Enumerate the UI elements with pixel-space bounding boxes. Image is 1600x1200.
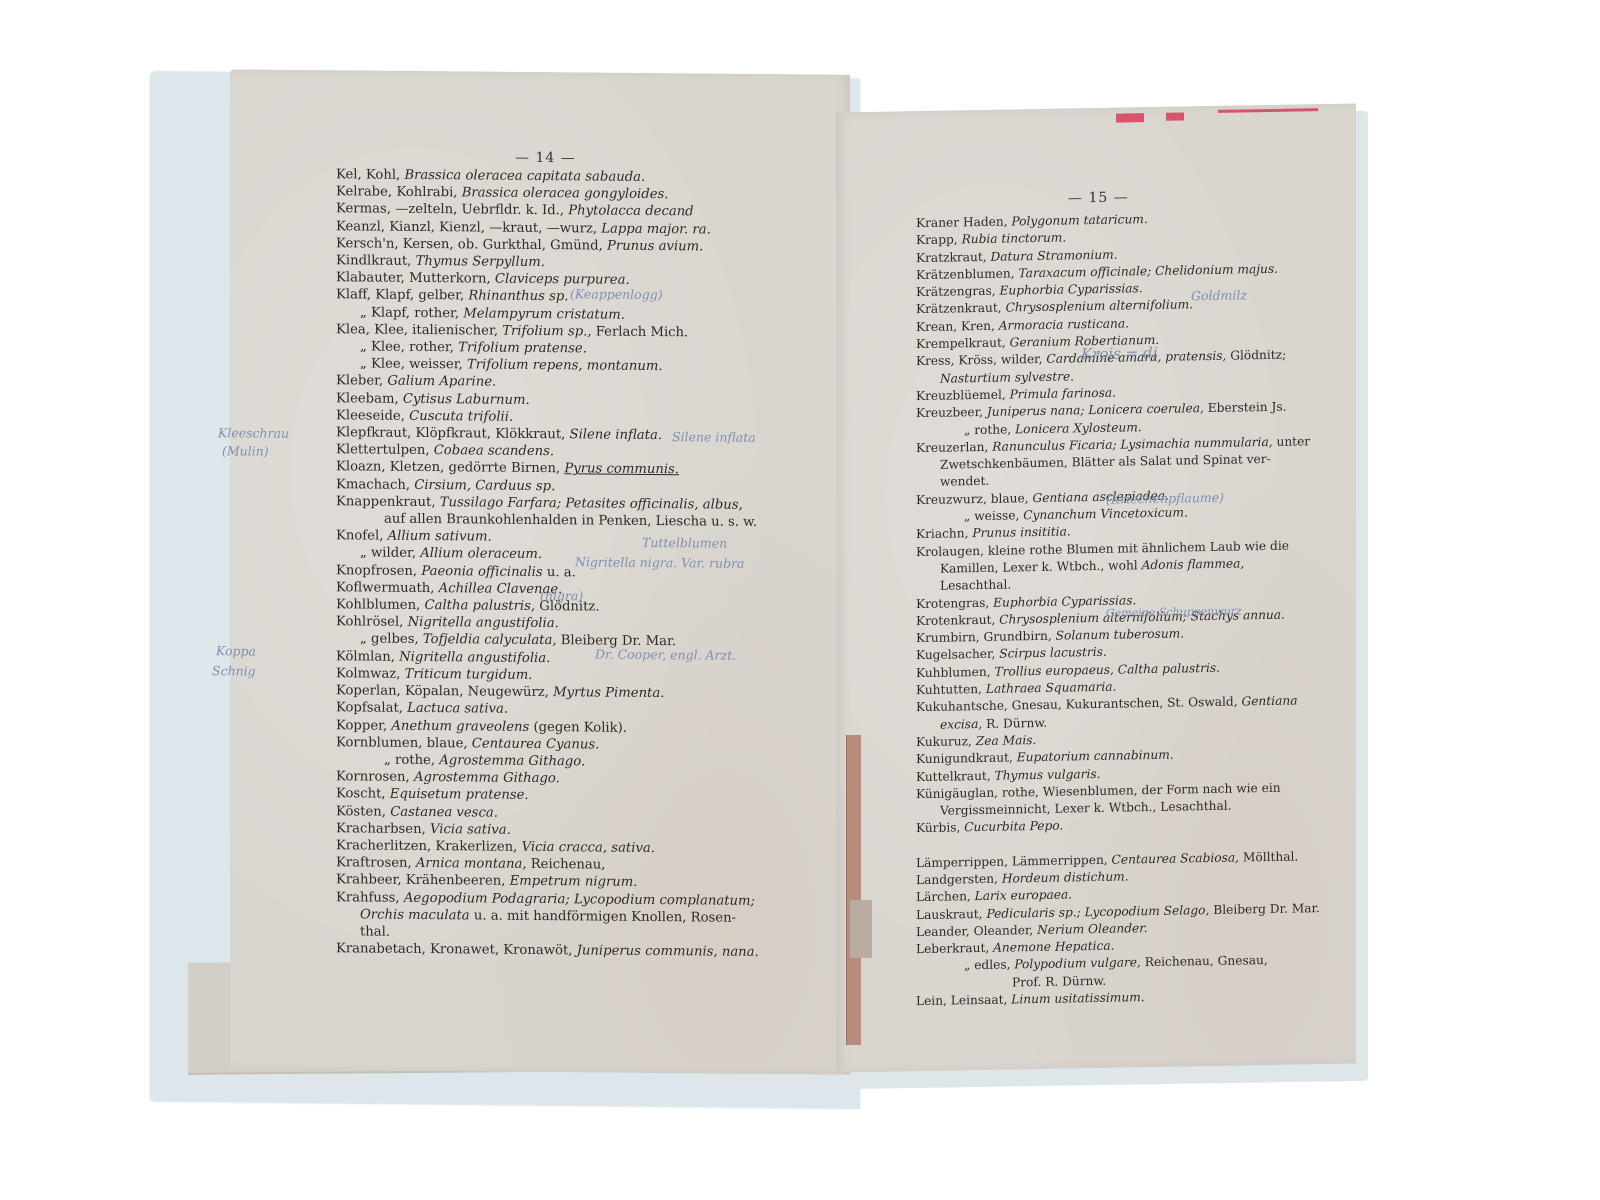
right-page: — 15 — Kraner Haden, Polygonum tataricum… <box>836 103 1356 1072</box>
handwritten-note: Gemeine Schuppenwurz <box>1106 604 1242 619</box>
handwritten-note: Schnig <box>212 663 256 678</box>
pink-ink-mark <box>1166 112 1184 120</box>
spine-tape <box>846 735 861 1045</box>
handwritten-note: Nigritella nigra. Var. rubra <box>575 554 745 570</box>
page-number-15: — 15 — <box>1068 189 1129 206</box>
handwritten-note: Tuttelblumen <box>642 535 727 551</box>
handwritten-note: Silene inflata <box>672 429 756 445</box>
handwritten-note: (Kriechenpflaume) <box>1106 490 1224 507</box>
pink-ink-mark <box>1116 113 1144 122</box>
entry-continuation: Orchis maculata u. a. mit handförmigen K… <box>336 906 759 927</box>
handwritten-note: Kleeschrau <box>218 425 289 441</box>
handwritten-note: (Keappenlogg) <box>570 286 663 302</box>
handwritten-note: Goldmilz <box>1191 287 1247 303</box>
pink-ink-mark <box>1218 108 1318 113</box>
handwritten-note: (Mulin) <box>222 443 269 458</box>
spine-patch <box>850 900 872 958</box>
open-book-photo: — 14 — Kel, Kohl, Brassica oleracea capi… <box>0 0 1600 1200</box>
left-page: — 14 — Kel, Kohl, Brassica oleracea capi… <box>230 69 850 1074</box>
handwritten-note: Koppa <box>216 643 256 658</box>
page-number-14: — 14 — <box>515 150 576 167</box>
handwritten-note: Dr. Cooper, engl. Arzt. <box>595 646 736 662</box>
handwritten-note: Krois = dj <box>1081 344 1157 363</box>
entry: Kranabetach, Kronawet, Kronawöt, Juniper… <box>336 940 759 961</box>
handwritten-note: (nigra) <box>540 588 583 603</box>
